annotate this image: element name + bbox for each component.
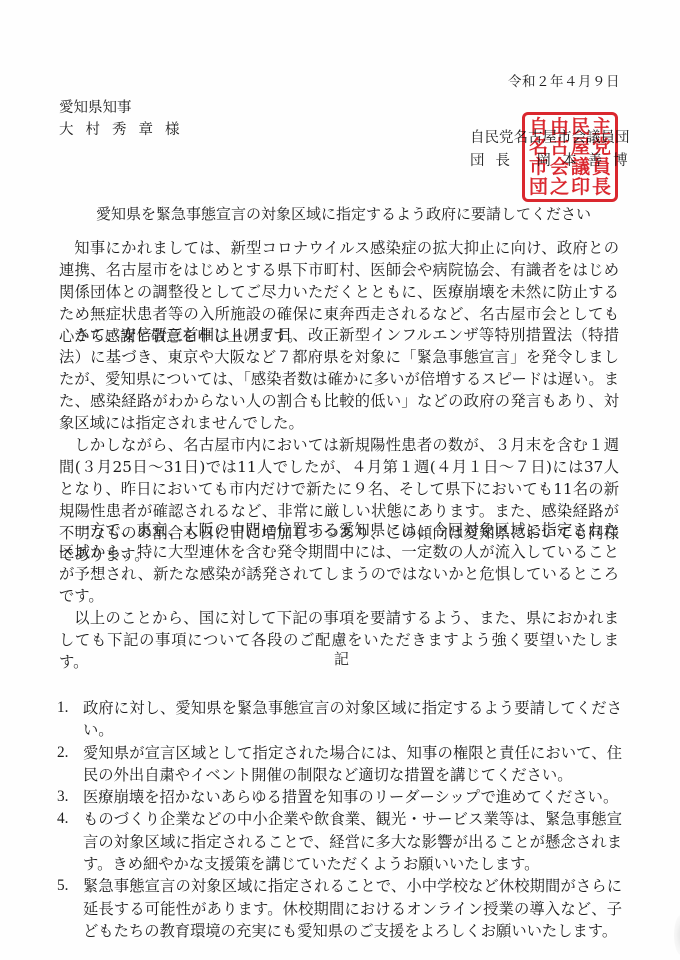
seal-char: 市 [528, 157, 549, 177]
seal-char: 団 [528, 177, 549, 197]
seal-char: 議 [570, 157, 591, 177]
request-number: 3. [57, 786, 83, 808]
addressee-organization: 愛知県知事 [59, 96, 132, 117]
scanned-letter-page: 令和２年４月９日 愛知県知事 大村秀章様 自民党名古屋市会議員団 団長 岡本善博… [0, 0, 680, 960]
request-text: 政府に対し、愛知県を緊急事態宣言の対象区域に指定するよう要請してください。 [83, 697, 622, 742]
request-item: 1. 政府に対し、愛知県を緊急事態宣言の対象区域に指定するよう要請してください。 [57, 697, 622, 742]
seal-char: 長 [591, 177, 612, 197]
seal-char: 員 [591, 157, 612, 177]
seal-char: 主 [591, 117, 612, 137]
seal-char: 党 [591, 137, 612, 157]
seal-char: 名 [528, 137, 549, 157]
seal-char: 之 [549, 177, 570, 197]
page-edge-shadow [674, 915, 680, 955]
request-text: 緊急事態宣言の対象区域に指定されることで、小中学校など休校期間がさらに延長する可… [83, 875, 622, 942]
addressee-name: 大村秀章様 [59, 118, 192, 139]
request-number: 5. [57, 875, 83, 897]
request-text: ものづくり企業などの中小企業や飲食業、観光・サービス業等は、緊急事態宣言の対象区… [83, 808, 622, 875]
red-seal-stamp-icon: 自 由 民 主 名 古 屋 党 市 会 議 員 団 之 印 長 [522, 112, 618, 202]
request-list: 1. 政府に対し、愛知県を緊急事態宣言の対象区域に指定するよう要請してください。… [57, 697, 622, 942]
request-number: 2. [57, 742, 83, 764]
letter-subject: 愛知県を緊急事態宣言の対象区域に指定するよう政府に要請してください [96, 203, 591, 224]
request-item: 2. 愛知県が宣言区域として指定された場合には、知事の権限と責任において、住民の… [57, 742, 622, 787]
request-text: 愛知県が宣言区域として指定された場合には、知事の権限と責任において、住民の外出自… [83, 742, 622, 787]
seal-char: 会 [549, 157, 570, 177]
seal-char: 印 [570, 177, 591, 197]
seal-char: 自 [528, 117, 549, 137]
seal-char: 屋 [570, 137, 591, 157]
seal-char: 由 [549, 117, 570, 137]
seal-char: 民 [570, 117, 591, 137]
paragraph-text: さて、安倍晋三首相は４月７日、改正新型インフルエンザ等特別措置法（特措法）に基づ… [59, 324, 619, 434]
request-item: 5. 緊急事態宣言の対象区域に指定されることで、小中学校など休校期間がさらに延長… [57, 875, 622, 942]
request-number: 1. [57, 697, 83, 719]
paragraph-text: 一方で、東京、大阪の中間に位置する愛知県には、今回対象区域に指定された区域から、… [59, 519, 619, 607]
request-number: 4. [57, 808, 83, 830]
ki-heading: 記 [334, 648, 349, 669]
request-item: 4. ものづくり企業などの中小企業や飲食業、観光・サービス業等は、緊急事態宣言の… [57, 808, 622, 875]
letter-date: 令和２年４月９日 [508, 70, 620, 90]
request-text: 医療崩壊を招かないあらゆる措置を知事のリーダーシップで進めてください。 [83, 786, 622, 808]
seal-char: 古 [549, 137, 570, 157]
request-item: 3. 医療崩壊を招かないあらゆる措置を知事のリーダーシップで進めてください。 [57, 786, 622, 808]
